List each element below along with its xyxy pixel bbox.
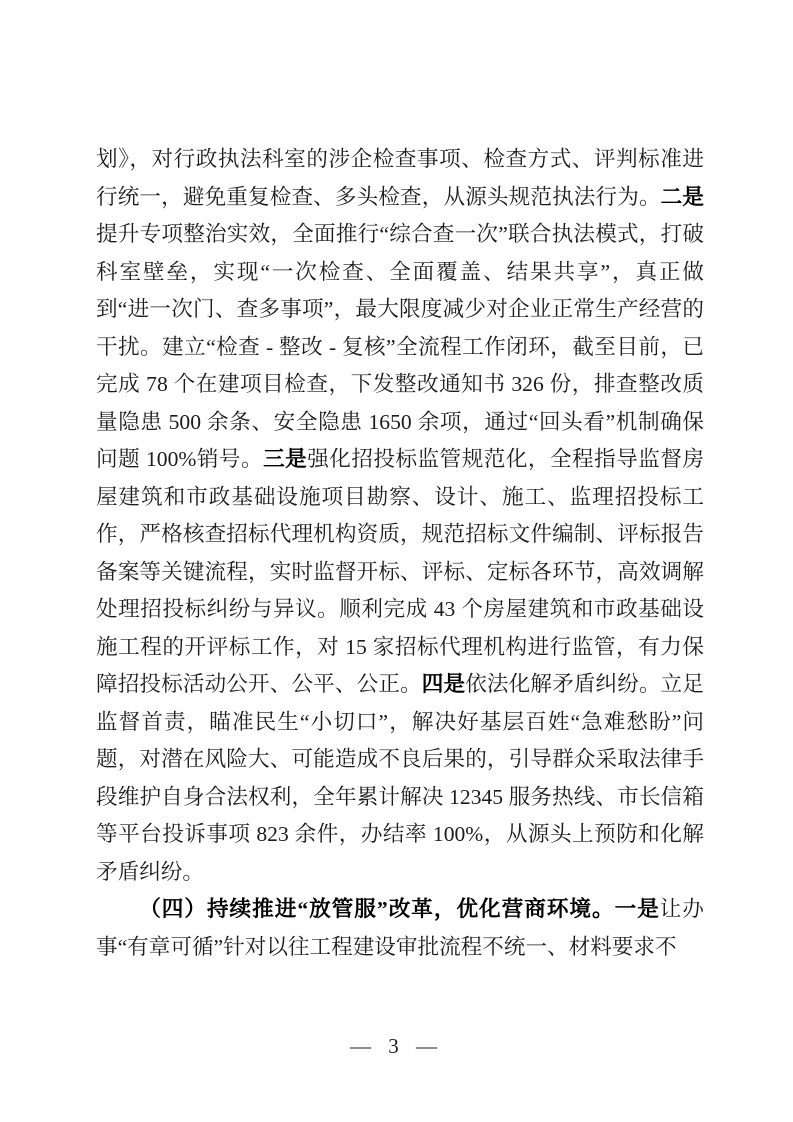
text-run-bold-marker-4: 四是 <box>422 672 465 696</box>
text-run: 提升专项整治实效，全面推行“综合查一次”联合执法模式，打破科室壁垒，实现“一次检… <box>96 222 704 471</box>
paragraph-continuation: 划》，对行政执法科室的涉企检查事项、检查方式、评判标准进行统一，避免重复检查、多… <box>96 141 704 891</box>
text-run: 强化招投标监管规范化，全程指导监督房屋建筑和市政基础设施项目勘察、设计、施工、监… <box>96 447 704 696</box>
page-number: — 3 — <box>350 1034 443 1058</box>
text-run: 依法化解矛盾纠纷。立足监督首责，瞄准民生“小切口”，解决好基层百姓“急难愁盼”问… <box>96 672 704 884</box>
page-footer: — 3 — <box>0 1034 793 1059</box>
paragraph-section-four: （四）持续推进“放管服”改革，优化营商环境。一是让办事“有章可循”针对以往工程建… <box>96 891 704 966</box>
text-run-bold-marker-2: 二是 <box>661 185 704 209</box>
text-run-bold-section-heading: （四）持续推进“放管服”改革，优化营商环境。一是 <box>139 897 660 921</box>
document-page: 划》，对行政执法科室的涉企检查事项、检查方式、评判标准进行统一，避免重复检查、多… <box>0 0 793 1122</box>
text-run-bold-marker-3: 三是 <box>263 447 307 471</box>
text-run: 划》，对行政执法科室的涉企检查事项、检查方式、评判标准进行统一，避免重复检查、多… <box>96 147 704 209</box>
document-body: 划》，对行政执法科室的涉企检查事项、检查方式、评判标准进行统一，避免重复检查、多… <box>96 141 704 966</box>
